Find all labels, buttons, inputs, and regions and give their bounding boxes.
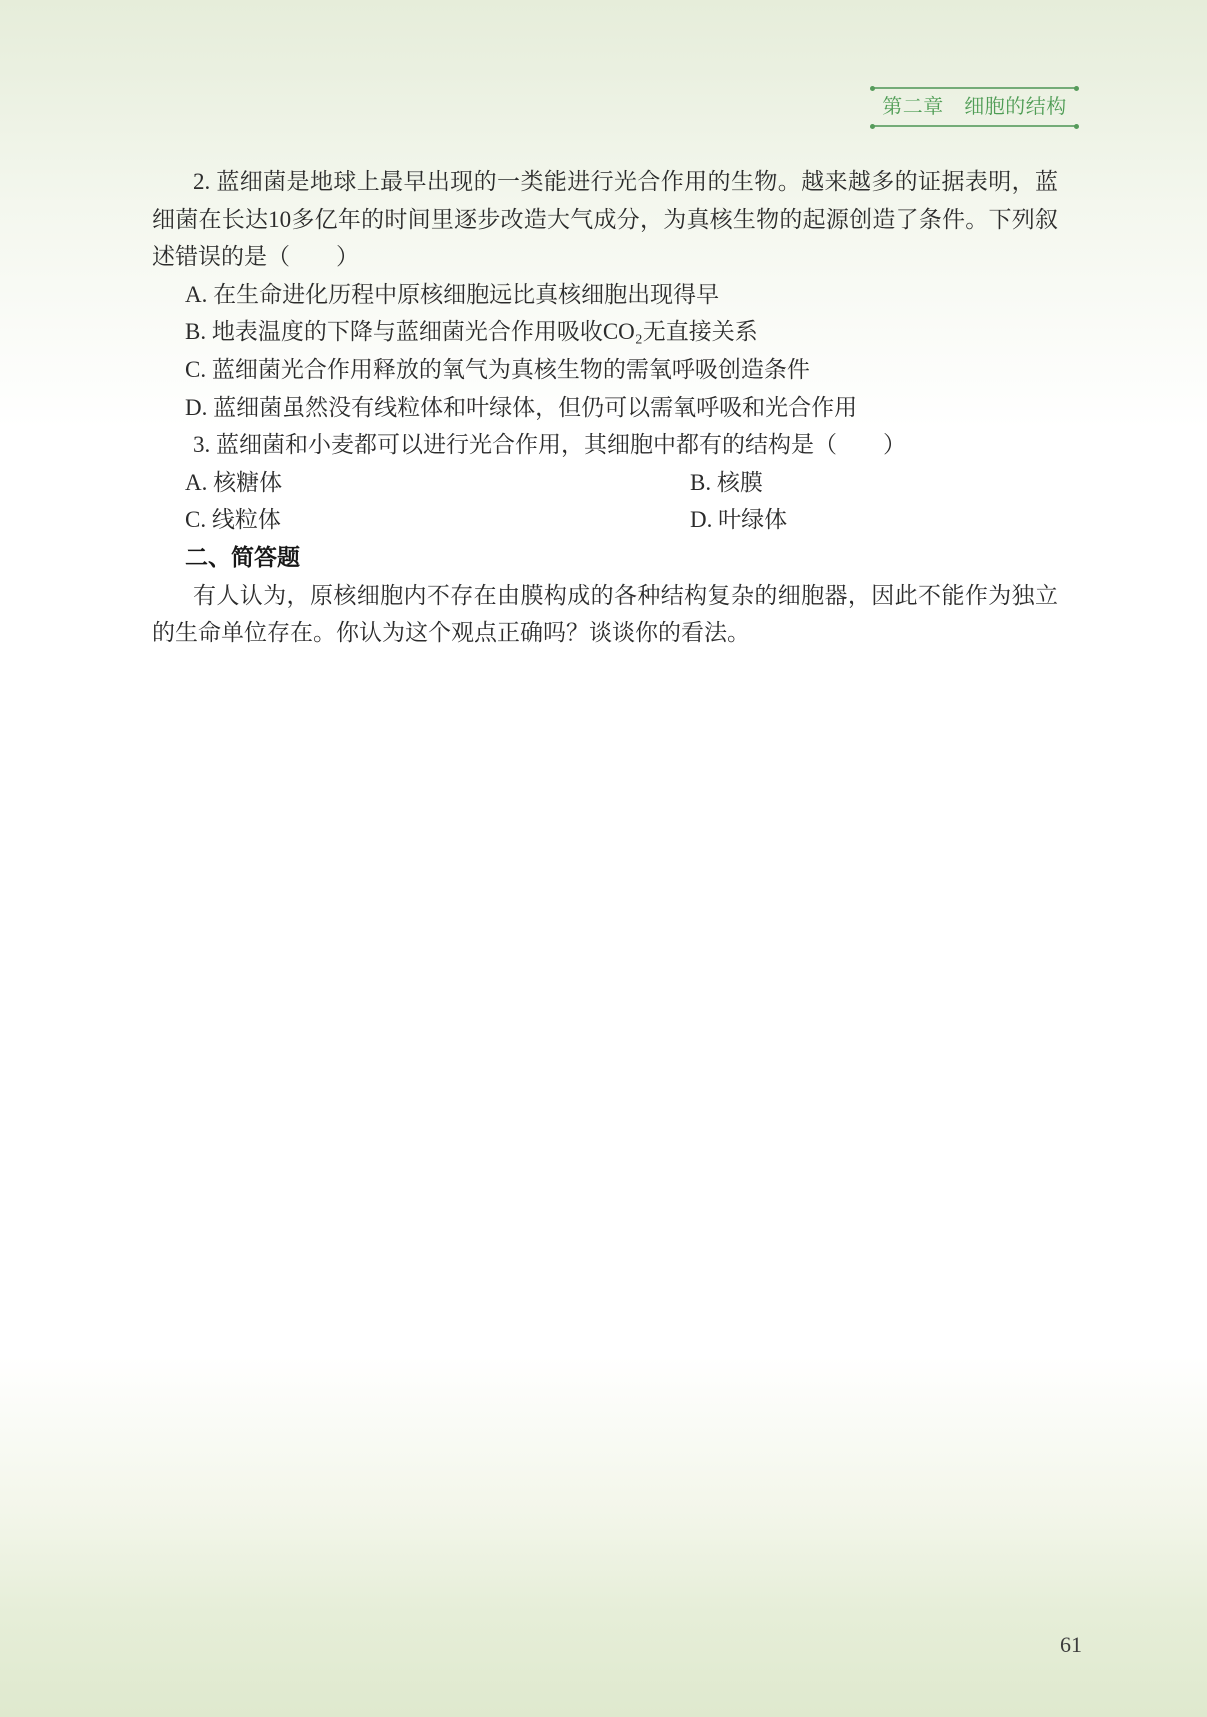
chapter-title: 第二章 细胞的结构 [871, 89, 1078, 125]
question2-paragraph: 2. 蓝细菌是地球上最早出现的一类能进行光合作用的生物。越来越多的证据表明，蓝细… [152, 163, 1058, 276]
header-rule-dot [870, 86, 875, 91]
question2-option-b: B. 地表温度的下降与蓝细菌光合作用吸收CO₂无直接关系 [152, 313, 1058, 351]
chapter-header: 第二章 细胞的结构 [871, 87, 1078, 127]
question3-paragraph: 3. 蓝细菌和小麦都可以进行光合作用，其细胞中都有的结构是（ ） [152, 426, 1058, 464]
question2-option-a: A. 在生命进化历程中原核细胞远比真核细胞出现得早 [152, 276, 1058, 314]
question3-option-a: A. 核糖体 [185, 464, 690, 502]
main-content: 2. 蓝细菌是地球上最早出现的一类能进行光合作用的生物。越来越多的证据表明，蓝细… [152, 163, 1058, 652]
question2-options: A. 在生命进化历程中原核细胞远比真核细胞出现得早 B. 地表温度的下降与蓝细菌… [152, 276, 1058, 426]
header-rule-bottom [871, 125, 1078, 127]
question2-option-d: D. 蓝细菌虽然没有线粒体和叶绿体，但仍可以需氧呼吸和光合作用 [152, 389, 1058, 427]
question3-option-d: D. 叶绿体 [690, 501, 1058, 539]
question3-options-row-2: C. 线粒体 D. 叶绿体 [152, 501, 1058, 539]
question3-option-b: B. 核膜 [690, 464, 1058, 502]
question3-option-c: C. 线粒体 [185, 501, 690, 539]
short-answer-paragraph: 有人认为，原核细胞内不存在由膜构成的各种结构复杂的细胞器，因此不能作为独立的生命… [152, 577, 1058, 652]
header-rule-dot [1074, 86, 1079, 91]
question2-option-c: C. 蓝细菌光合作用释放的氧气为真核生物的需氧呼吸创造条件 [152, 351, 1058, 389]
page-number: 61 [1060, 1632, 1082, 1658]
header-rule-top [871, 87, 1078, 89]
question3-options-row-1: A. 核糖体 B. 核膜 [152, 464, 1058, 502]
section2-heading: 二、简答题 [152, 539, 1058, 577]
header-rule-dot [1074, 124, 1079, 129]
header-rule-dot [870, 124, 875, 129]
